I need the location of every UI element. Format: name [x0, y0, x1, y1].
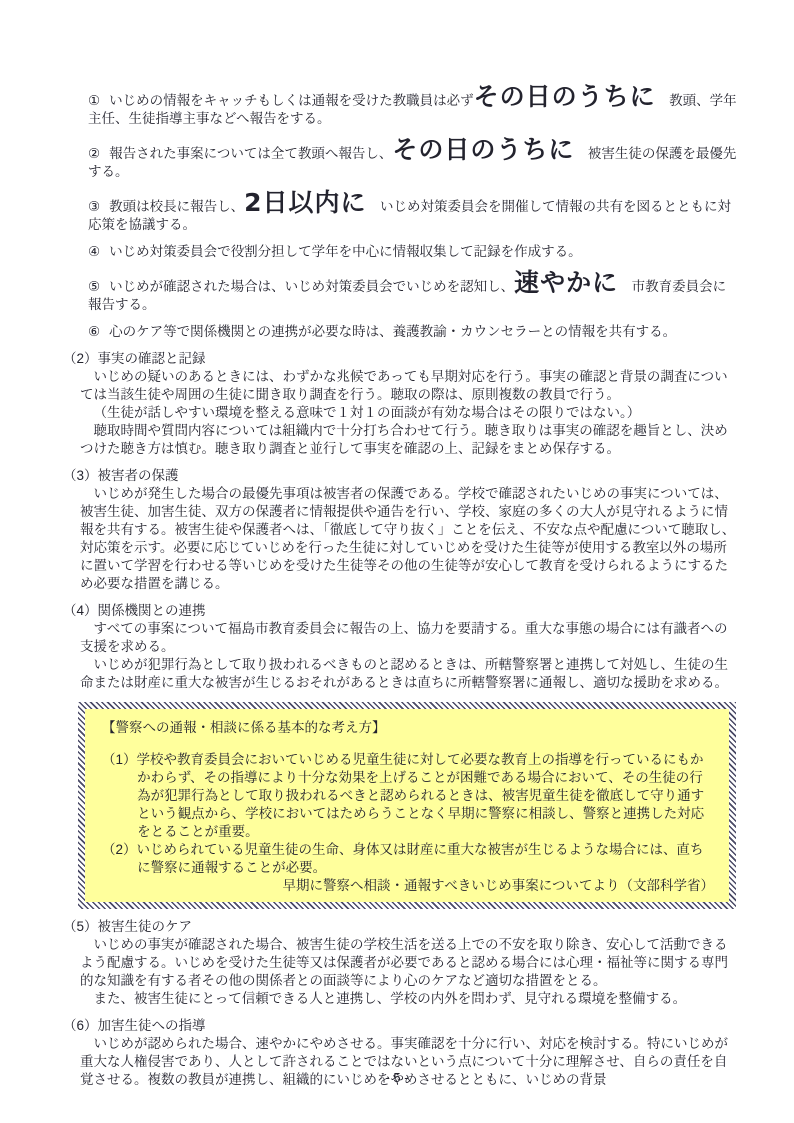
page-number: - 5 - — [0, 1069, 794, 1087]
callout-item-text: いじめられている児童生徒の生命、身体又は財産に重大な被害が生じるような場合には、… — [137, 842, 704, 875]
section-body: いじめの事実が確認された場合、被害生徒の学校生活を送る上での不安を取り除き、安心… — [80, 936, 737, 1008]
item-number: ① — [88, 93, 100, 108]
procedure-item-2: ②報告された事案については全て教頭へ報告し、その日のうちに 被害生徒の保護を最優… — [88, 137, 737, 181]
item-text: 心のケア等で関係機関との連携が必要な時は、養護教諭・カウンセラーとの情報を共有す… — [109, 324, 676, 339]
item-text: いじめが確認された場合は、いじめ対策委員会でいじめを認知し、 — [109, 279, 514, 294]
section-title: 関係機関との連携 — [98, 603, 206, 618]
section-heading: （5）被害生徒のケア — [63, 918, 737, 936]
paragraph: （生徒が話しやすい環境を整える意味で１対１の面談が有効な場合はその限りではない。… — [80, 404, 737, 422]
paragraph: いじめが犯罪行為として取り扱われるべきものと認めるときは、所轄警察署と連携して対… — [80, 656, 737, 692]
section-body: いじめの疑いのあるときには、わずかな兆候であっても早期対応を行う。事実の確認と背… — [80, 368, 737, 458]
procedure-item-1: ①いじめの情報をキャッチもしくは通報を受けた教職員は必ずその日のうちに 教頭、学… — [88, 84, 737, 128]
section-title: 被害生徒のケア — [98, 919, 193, 934]
item-number: ② — [88, 146, 100, 161]
item-number: ④ — [88, 244, 100, 259]
paragraph: すべての事案について福島市教育委員会に報告の上、協力を要請する。重大な事態の場合… — [80, 620, 737, 656]
section-title: 事実の確認と記録 — [98, 351, 206, 366]
paragraph: 聴取時間や質問内容については組織内で十分打ち合わせて行う。聴き取りは事実の確認を… — [80, 422, 737, 458]
section-label: （6） — [63, 1018, 98, 1033]
paragraph: いじめの事実が確認された場合、被害生徒の学校生活を送る上での不安を取り除き、安心… — [80, 936, 737, 990]
item-number: ③ — [88, 199, 100, 214]
item-number: ⑥ — [88, 324, 100, 339]
procedure-list: ①いじめの情報をキャッチもしくは通報を受けた教職員は必ずその日のうちに 教頭、学… — [88, 84, 737, 341]
document-page: ①いじめの情報をキャッチもしくは通報を受けた教職員は必ずその日のうちに 教頭、学… — [0, 0, 794, 1123]
section-victim-care: （5）被害生徒のケア いじめの事実が確認された場合、被害生徒の学校生活を送る上で… — [63, 918, 737, 1008]
callout-item-2: （2）いじめられている児童生徒の生命、身体又は財産に重大な被害が生じるような場合… — [102, 841, 716, 877]
section-label: （5） — [63, 919, 98, 934]
section-victim-protection: （3）被害者の保護 いじめが発生した場合の最優先事項は被害者の保護である。学校で… — [63, 467, 737, 593]
item-number: ⑤ — [88, 279, 100, 294]
paragraph: いじめが発生した場合の最優先事項は被害者の保護である。学校で確認されたいじめの事… — [80, 485, 737, 593]
callout-item-text: 学校や教育委員会においていじめる児童生徒に対して必要な教育上の指導を行っているに… — [137, 752, 705, 839]
emphasis-text: その日のうちに — [474, 82, 656, 111]
emphasis-text: 2日以内に — [244, 188, 366, 217]
callout-attribution: 早期に警察へ相談・通報すべきいじめ事案についてより（文部科学省） — [98, 877, 714, 895]
page-content: ①いじめの情報をキャッチもしくは通報を受けた教職員は必ずその日のうちに 教頭、学… — [63, 84, 737, 1089]
section-label: （3） — [63, 468, 98, 483]
item-text: いじめ対策委員会で役割分担して学年を中心に情報収集して記録を作成する。 — [109, 244, 582, 259]
section-heading: （3）被害者の保護 — [63, 467, 737, 485]
paragraph: いじめの疑いのあるときには、わずかな兆候であっても早期対応を行う。事実の確認と背… — [80, 368, 737, 404]
section-title: 加害生徒への指導 — [98, 1018, 206, 1033]
emphasis-text: 速やかに — [514, 268, 618, 297]
paragraph: また、被害生徒にとって信頼できる人と連携し、学校の内外を問わず、見守れる環境を整… — [80, 990, 737, 1008]
item-text: 報告された事案については全て教頭へ報告し、 — [109, 146, 392, 161]
section-body: すべての事案について福島市教育委員会に報告の上、協力を要請する。重大な事態の場合… — [80, 620, 737, 692]
item-text: 教頭は校長に報告し、 — [109, 199, 244, 214]
callout-item-1: （1）学校や教育委員会においていじめる児童生徒に対して必要な教育上の指導を行って… — [102, 751, 716, 841]
section-heading: （4）関係機関との連携 — [63, 602, 737, 620]
section-label: （2） — [63, 351, 98, 366]
procedure-item-5: ⑤いじめが確認された場合は、いじめ対策委員会でいじめを認知し、速やかに 市教育委… — [88, 270, 737, 314]
item-text: いじめの情報をキャッチもしくは通報を受けた教職員は必ず — [109, 93, 474, 108]
section-fact-check: （2）事実の確認と記録 いじめの疑いのあるときには、わずかな兆候であっても早期対… — [63, 350, 737, 458]
section-heading: （2）事実の確認と記録 — [63, 350, 737, 368]
procedure-item-6: ⑥心のケア等で関係機関との連携が必要な時は、養護教諭・カウンセラーとの情報を共有… — [88, 323, 737, 341]
procedure-item-3: ③教頭は校長に報告し、2日以内に いじめ対策委員会を開催して情報の共有を図るとと… — [88, 190, 737, 234]
section-body: いじめが発生した場合の最優先事項は被害者の保護である。学校で確認されたいじめの事… — [80, 485, 737, 593]
section-label: （4） — [63, 603, 98, 618]
callout-item-label: （1） — [102, 752, 137, 767]
section-title: 被害者の保護 — [98, 468, 179, 483]
police-callout-box: 【警察への通報・相談に係る基本的な考え方】 （1）学校や教育委員会においていじめ… — [85, 709, 729, 902]
emphasis-text: その日のうちに — [392, 135, 574, 164]
section-agency-cooperation: （4）関係機関との連携 すべての事案について福島市教育委員会に報告の上、協力を要… — [63, 602, 737, 692]
procedure-item-4: ④いじめ対策委員会で役割分担して学年を中心に情報収集して記録を作成する。 — [88, 243, 737, 261]
police-callout-frame: 【警察への通報・相談に係る基本的な考え方】 （1）学校や教育委員会においていじめ… — [78, 702, 736, 909]
callout-title: 【警察への通報・相談に係る基本的な考え方】 — [102, 719, 716, 737]
section-heading: （6）加害生徒への指導 — [63, 1017, 737, 1035]
callout-item-label: （2） — [102, 842, 137, 857]
